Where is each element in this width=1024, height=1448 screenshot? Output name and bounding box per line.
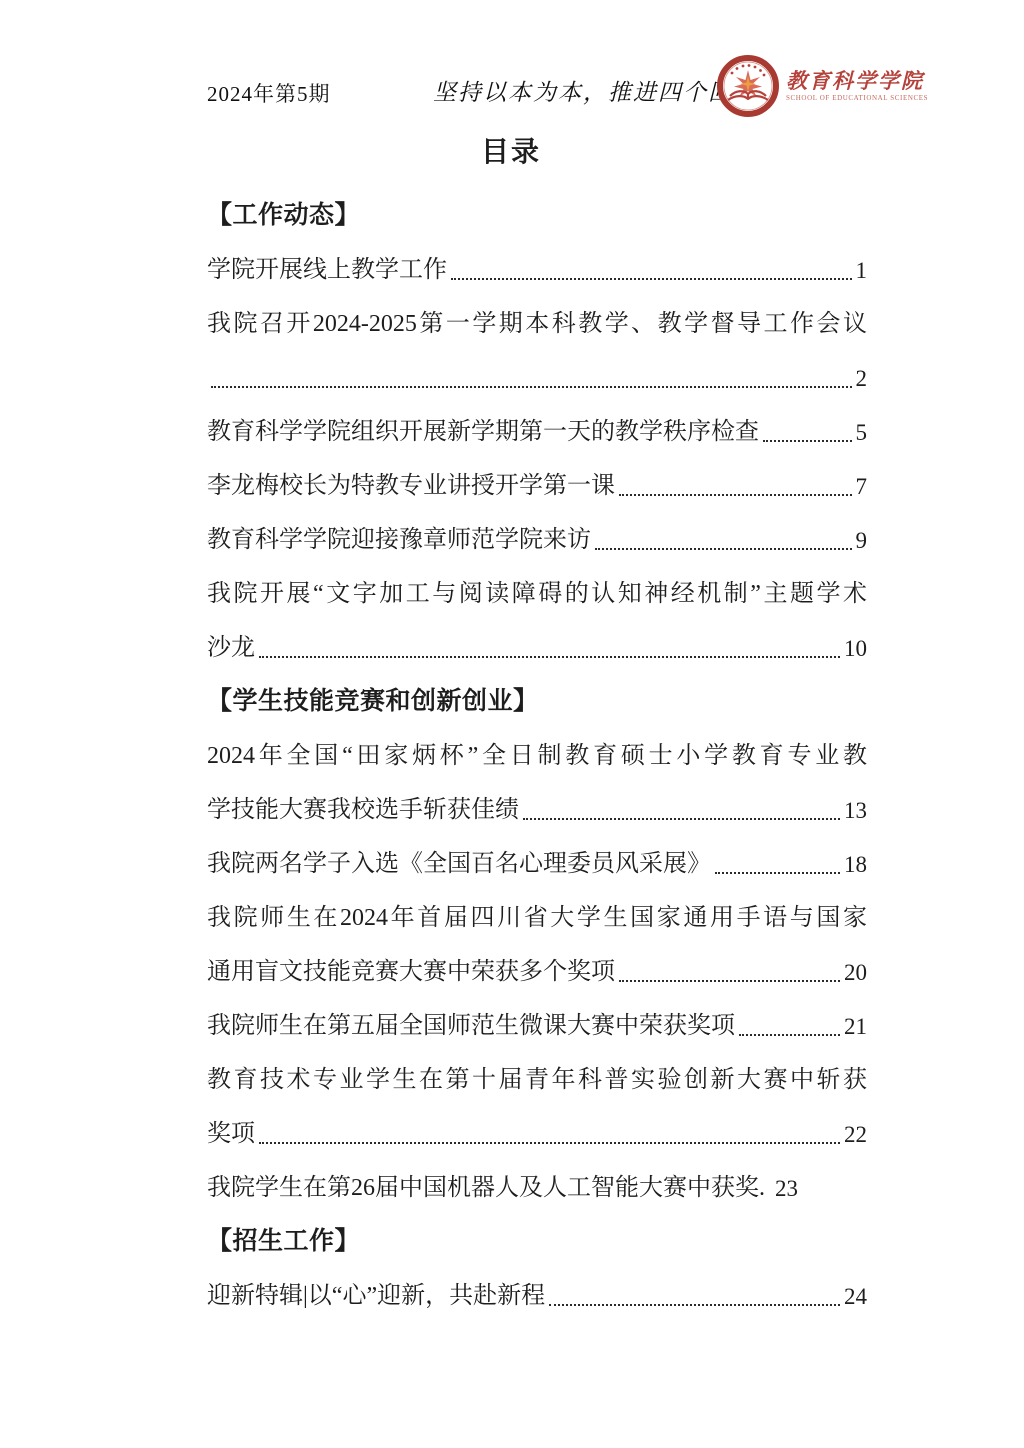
page-header: 2024年第5期 坚持以本为本，推进四个回归 (0, 58, 1024, 122)
toc-entry: 教育技术专业学生在第十届青年科普实验创新大赛中斩获 (207, 1046, 867, 1100)
school-name-english: SCHOOL OF EDUCATIONAL SCIENCES (786, 94, 928, 102)
toc-entry-continuation: 奖项 22 (207, 1100, 867, 1154)
section-heading-admissions: 【招生工作】 (207, 1208, 867, 1262)
section-heading-student-competitions: 【学生技能竞赛和创新创业】 (207, 668, 867, 722)
toc-entry-continuation: 沙龙 10 (207, 614, 867, 668)
toc-entry-text: 我院召开2024-2025第一学期本科教学、教学督导工作会议 (207, 312, 867, 344)
toc-entry-text: 沙龙 (207, 636, 255, 668)
toc-page-number: 18 (844, 853, 867, 884)
school-logo: 教育科学学院 SCHOOL OF EDUCATIONAL SCIENCES (716, 54, 928, 118)
section-heading-label: 【工作动态】 (207, 203, 360, 236)
toc-page-number: 1 (856, 259, 868, 290)
section-heading-work-news: 【工作动态】 (207, 182, 867, 236)
toc-entry: 2024年全国“田家炳杯”全日制教育硕士小学教育专业教 (207, 722, 867, 776)
section-heading-label: 【学生技能竞赛和创新创业】 (207, 689, 539, 722)
toc-entry-text: 我院学生在第26届中国机器人及人工智能大赛中获奖. (207, 1176, 765, 1208)
dot-leader (255, 1100, 844, 1154)
toc-entry: 教育科学学院迎接豫章师范学院来访 9 (207, 506, 867, 560)
dot-leader (711, 830, 844, 884)
toc-entry: 学院开展线上教学工作 1 (207, 236, 867, 290)
toc-page-number: 13 (844, 799, 867, 830)
toc-content: 目录 【工作动态】 学院开展线上教学工作 1 我院召开2024-2025第一学期… (207, 130, 867, 1316)
toc-entry-text: 通用盲文技能竞赛大赛中荣获多个奖项 (207, 960, 615, 992)
toc-page-number: 20 (844, 961, 867, 992)
dot-leader (545, 1262, 844, 1316)
toc-entry: 我院师生在第五届全国师范生微课大赛中荣获奖项 21 (207, 992, 867, 1046)
toc-entry-text: 教育科学学院迎接豫章师范学院来访 (207, 528, 591, 560)
toc-entry: 我院召开2024-2025第一学期本科教学、教学督导工作会议 (207, 290, 867, 344)
school-emblem-icon (716, 54, 780, 118)
toc-entry: 迎新特辑|以“心”迎新，共赴新程 24 (207, 1262, 867, 1316)
toc-entry: 教育科学学院组织开展新学期第一天的教学秩序检查 5 (207, 398, 867, 452)
toc-entry-text: 2024年全国“田家炳杯”全日制教育硕士小学教育专业教 (207, 744, 867, 776)
toc-entry-text: 学技能大赛我校选手斩获佳绩 (207, 798, 519, 830)
document-page: 2024年第5期 坚持以本为本，推进四个回归 (0, 0, 1024, 1448)
toc-page-number: 9 (856, 529, 868, 560)
toc-entry-text: 我院开展“文字加工与阅读障碍的认知神经机制”主题学术 (207, 582, 867, 614)
logo-text-block: 教育科学学院 SCHOOL OF EDUCATIONAL SCIENCES (786, 70, 928, 102)
toc-entry-text: 教育科学学院组织开展新学期第一天的教学秩序检查 (207, 420, 759, 452)
motto-text: 坚持以本为本，推进四个回归 (433, 74, 758, 107)
toc-entry-text: 我院师生在2024年首届四川省大学生国家通用手语与国家 (207, 906, 867, 938)
dot-leader (735, 992, 844, 1046)
toc-entry: 我院师生在2024年首届四川省大学生国家通用手语与国家 (207, 884, 867, 938)
toc-entry: 李龙梅校长为特教专业讲授开学第一课 7 (207, 452, 867, 506)
toc-entry-continuation: 2 (207, 344, 867, 398)
toc-entry-continuation: 学技能大赛我校选手斩获佳绩 13 (207, 776, 867, 830)
toc-page-number: 5 (856, 421, 868, 452)
dot-leader (615, 452, 856, 506)
toc-page-number: 10 (844, 637, 867, 668)
toc-entry-text: 李龙梅校长为特教专业讲授开学第一课 (207, 474, 615, 506)
toc-page-number: 21 (844, 1015, 867, 1046)
toc-entry-text: 迎新特辑|以“心”迎新，共赴新程 (207, 1284, 545, 1316)
toc-page-number: 23 (775, 1177, 798, 1208)
school-name: 教育科学学院 (786, 70, 928, 93)
issue-label: 2024年第5期 (207, 78, 331, 108)
toc-entry: 我院开展“文字加工与阅读障碍的认知神经机制”主题学术 (207, 560, 867, 614)
toc-page-number: 2 (856, 367, 868, 398)
dot-leader (615, 938, 844, 992)
page-title: 目录 (181, 130, 841, 182)
dot-leader (591, 506, 856, 560)
toc-entry-text: 学院开展线上教学工作 (207, 258, 447, 290)
toc-entry-continuation: 通用盲文技能竞赛大赛中荣获多个奖项 20 (207, 938, 867, 992)
dot-leader (255, 614, 844, 668)
dot-leader (447, 236, 856, 290)
toc-entry-text: 我院师生在第五届全国师范生微课大赛中荣获奖项 (207, 1014, 735, 1046)
toc-entry: 我院两名学子入选《全国百名心理委员风采展》 18 (207, 830, 867, 884)
toc-page-number: 7 (856, 475, 868, 506)
toc-page-number: 24 (844, 1285, 867, 1316)
dot-leader (207, 344, 856, 398)
section-heading-label: 【招生工作】 (207, 1229, 360, 1262)
toc-entry-text: 教育技术专业学生在第十届青年科普实验创新大赛中斩获 (207, 1068, 867, 1100)
dot-leader (519, 776, 844, 830)
toc-entry: 我院学生在第26届中国机器人及人工智能大赛中获奖. 23 (207, 1154, 867, 1208)
dot-leader (759, 398, 856, 452)
toc-entry-text: 我院两名学子入选《全国百名心理委员风采展》 (207, 852, 711, 884)
toc-entry-text: 奖项 (207, 1122, 255, 1154)
toc-page-number: 22 (844, 1123, 867, 1154)
